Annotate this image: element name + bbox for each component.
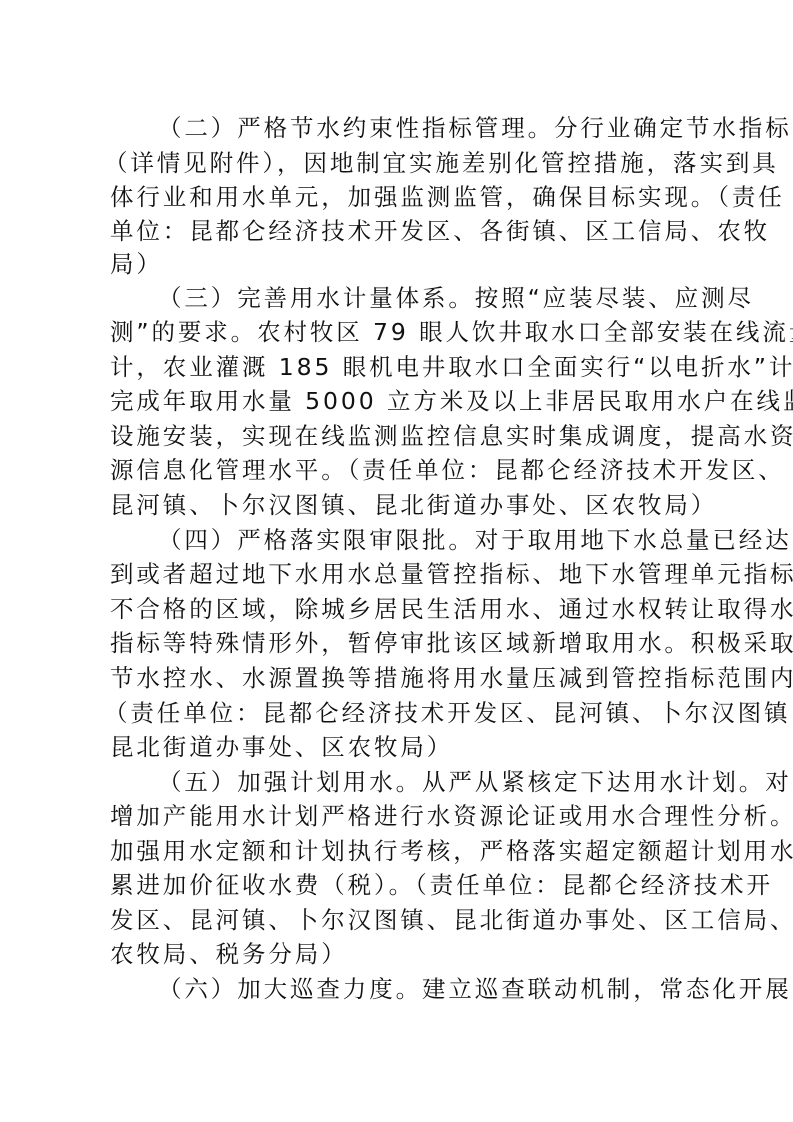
paragraph-line: 昆河镇、卜尔汉图镇、昆北街道办事处、区农牧局）: [110, 488, 688, 522]
paragraph-line: （责任单位：昆都仑经济技术开发区、昆河镇、卜尔汉图镇: [104, 696, 688, 730]
paragraph-line: 增加产能用水计划严格进行水资源论证或用水合理性分析。: [110, 799, 688, 833]
paragraph-line: 昆北街道办事处、区农牧局）: [110, 730, 688, 764]
paragraph-line: 测”的要求。农村牧区 79 眼人饮井取水口全部安装在线流量: [110, 315, 688, 349]
paragraph-line: 局）: [110, 247, 688, 281]
paragraph-line: （三）完善用水计量体系。按照“应装尽装、应测尽: [158, 281, 688, 315]
paragraph-line: （二）严格节水约束性指标管理。分行业确定节水指标: [158, 111, 688, 145]
paragraph-line: 源信息化管理水平。（责任单位：昆都仑经济技术开发区、: [110, 453, 688, 487]
paragraph-line: （五）加强计划用水。从严从紧核定下达用水计划。对: [158, 765, 688, 799]
paragraph-line: 农牧局、税务分局）: [110, 937, 688, 971]
paragraph-line: 节水控水、水源置换等措施将用水量压减到管控指标范围内: [110, 661, 688, 695]
paragraph-line: 不合格的区域，除城乡居民生活用水、通过水权转让取得水: [110, 592, 688, 626]
paragraph-line: 体行业和用水单元，加强监测监管，确保目标实现。（责任: [110, 180, 688, 214]
paragraph-line: 累进加价征收水费（税）。（责任单位：昆都仑经济技术开: [110, 868, 688, 902]
paragraph-line: 计，农业灌溉 185 眼机电井取水口全面实行“以电折水”计量；: [110, 350, 688, 384]
paragraph-line: （六）加大巡查力度。建立巡查联动机制，常态化开展: [158, 972, 688, 1006]
paragraph-line: 完成年取用水量 5000 立方米及以上非居民取用水户在线监测: [110, 384, 688, 418]
paragraph-line: 设施安装，实现在线监测监控信息实时集成调度，提高水资: [110, 419, 688, 453]
paragraph-line: 加强用水定额和计划执行考核，严格落实超定额超计划用水: [110, 834, 688, 868]
paragraph-line: （四）严格落实限审限批。对于取用地下水总量已经达: [158, 523, 688, 557]
paragraph-line: 发区、昆河镇、卜尔汉图镇、昆北街道办事处、区工信局、: [110, 903, 688, 937]
paragraph-line: （详情见附件），因地制宜实施差别化管控措施，落实到具: [104, 146, 688, 180]
document-page: （二）严格节水约束性指标管理。分行业确定节水指标 （详情见附件），因地制宜实施差…: [0, 0, 793, 1122]
paragraph-line: 指标等特殊情形外，暂停审批该区域新增取用水。积极采取: [110, 626, 688, 660]
paragraph-line: 单位：昆都仑经济技术开发区、各街镇、区工信局、农牧: [110, 214, 688, 248]
paragraph-line: 到或者超过地下水用水总量管控指标、地下水管理单元指标: [110, 557, 688, 591]
